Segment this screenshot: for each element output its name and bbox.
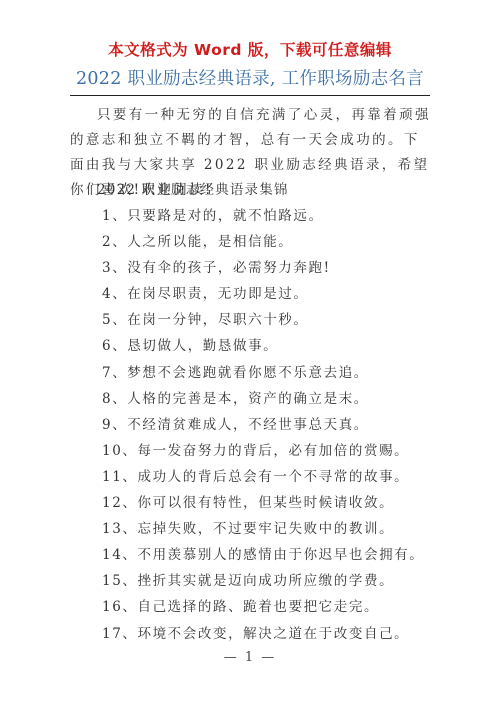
quote-item: 5、在岗一分钟，尽职六十秒。 (102, 307, 424, 333)
quote-item: 6、恳切做人，勤恳做事。 (102, 333, 424, 359)
quote-item: 11、成功人的背后总会有一个不寻常的故事。 (102, 464, 424, 490)
word-format-banner: 本文格式为 Word 版，下载可任意编辑 (0, 38, 500, 60)
title-divider (70, 95, 430, 96)
quote-item: 1、只要路是对的，就不怕路远。 (102, 203, 424, 229)
quote-item: 13、忘掉失败，不过要牢记失败中的教训。 (102, 516, 424, 542)
document-title: 2022 职业励志经典语录, 工作职场励志名言 (0, 65, 500, 90)
quote-item: 10、每一发奋努力的背后，必有加倍的赏赐。 (102, 438, 424, 464)
quote-item: 14、不用羡慕别人的感情由于你迟早也会拥有。 (102, 542, 424, 568)
quote-item: 15、挫折其实就是迈向成功所应缴的学费。 (102, 568, 424, 594)
quote-item: 8、人格的完善是本，资产的确立是末。 (102, 386, 424, 412)
quote-item: 9、不经清贫难成人，不经世事总天真。 (102, 412, 424, 438)
quote-item: 2、人之所以能，是相信能。 (102, 229, 424, 255)
quote-item: 4、在岗尽职责，无功即是过。 (102, 281, 424, 307)
section-heading: 2022 职业励志经典语录集锦 (97, 178, 289, 198)
quote-list: 1、只要路是对的，就不怕路远。 2、人之所以能，是相信能。 3、没有伞的孩子，必… (102, 203, 424, 647)
document-page: 本文格式为 Word 版，下载可任意编辑 2022 职业励志经典语录, 工作职场… (0, 0, 500, 707)
quote-item: 17、环境不会改变，解决之道在于改变自己。 (102, 621, 424, 647)
quote-item: 3、没有伞的孩子，必需努力奔跑! (102, 255, 424, 281)
quote-item: 12、你可以很有特性，但某些时候请收敛。 (102, 490, 424, 516)
quote-item: 16、自己选择的路、跪着也要把它走完。 (102, 594, 424, 620)
quote-item: 7、梦想不会逃跑就看你愿不乐意去追。 (102, 360, 424, 386)
page-number: — 1 — (0, 650, 500, 665)
